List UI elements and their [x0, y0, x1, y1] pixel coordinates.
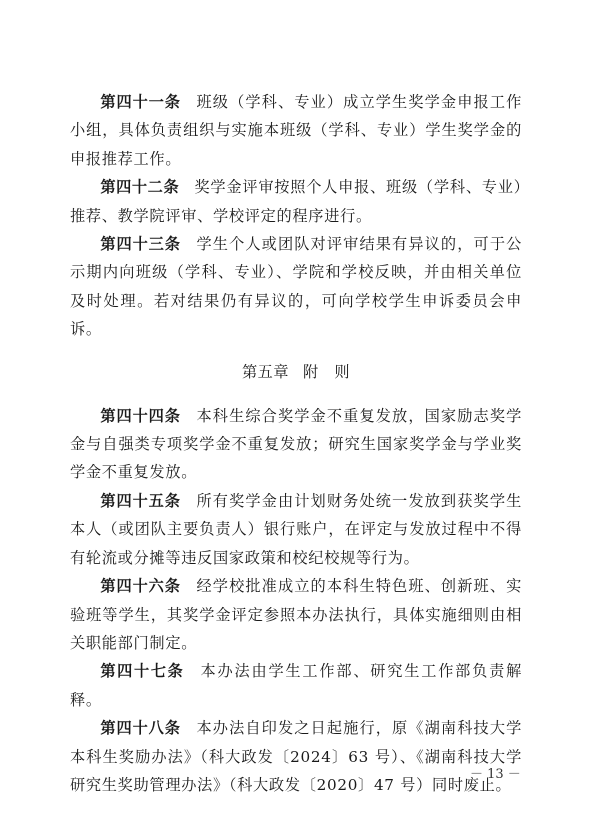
article-label: 第四十一条 [100, 93, 180, 111]
page-number: － 13 － [470, 763, 521, 782]
chapter-number: 第五章 [242, 363, 289, 381]
document-body: 第四十一条班级（学科、专业）成立学生奖学金申报工作小组，具体负责组织与实施本班级… [70, 88, 522, 799]
article-42: 第四十二条奖学金评审按照个人申报、班级（学科、专业）推荐、教学院评审、学校评定的… [70, 173, 522, 230]
article-46: 第四十六条经学校批准成立的本科生特色班、创新班、实验班等学生，其奖学金评定参照本… [70, 572, 522, 657]
article-48: 第四十八条本办法自印发之日起施行，原《湖南科技大学本科生奖励办法》（科大政发〔2… [70, 714, 522, 799]
chapter-title: 附 则 [303, 363, 350, 381]
document-page: 第四十一条班级（学科、专业）成立学生奖学金申报工作小组，具体负责组织与实施本班级… [0, 0, 589, 836]
article-label: 第四十五条 [100, 492, 180, 510]
article-label: 第四十三条 [100, 235, 180, 253]
article-label: 第四十八条 [100, 719, 180, 737]
article-label: 第四十六条 [100, 577, 180, 595]
article-41: 第四十一条班级（学科、专业）成立学生奖学金申报工作小组，具体负责组织与实施本班级… [70, 88, 522, 173]
article-45: 第四十五条所有奖学金由计划财务处统一发放到获奖学生本人（或团队主要负责人）银行账… [70, 487, 522, 572]
article-label: 第四十二条 [100, 178, 179, 196]
chapter-heading: 第五章附 则 [70, 358, 522, 386]
article-43: 第四十三条学生个人或团队对评审结果有异议的，可于公示期内向班级（学科、专业）、学… [70, 230, 522, 344]
article-47: 第四十七条本办法由学生工作部、研究生工作部负责解释。 [70, 657, 522, 714]
article-44: 第四十四条本科生综合奖学金不重复发放，国家励志奖学金与自强类专项奖学金不重复发放… [70, 402, 522, 487]
article-label: 第四十七条 [100, 662, 184, 680]
article-label: 第四十四条 [100, 407, 180, 425]
